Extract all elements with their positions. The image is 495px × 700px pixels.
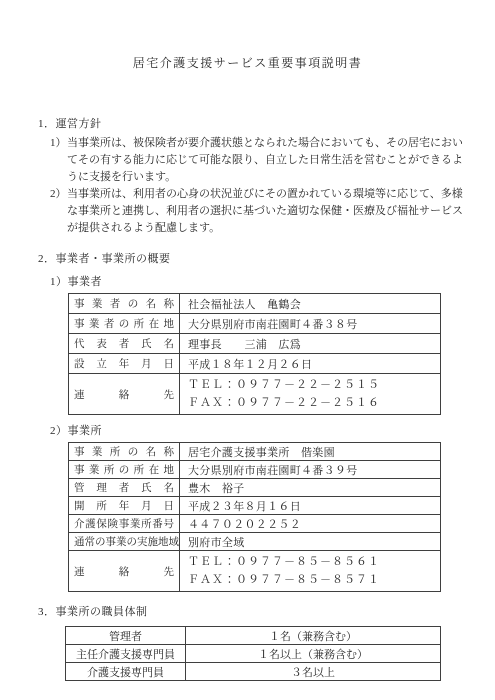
staffing-table: 管理者 １名（兼務含む） 主任介護支援専門員 １名以上（兼務含む） 介護支援専門… [65, 626, 441, 681]
row-label: 管理者氏名 [69, 479, 180, 497]
item-number: 2） [50, 186, 67, 237]
table-row: 事業者の所在地 大分県別府市南荘園町４番３８号 [69, 314, 441, 334]
row-label: 通常の事業の実施地域 [69, 533, 180, 551]
contact-tel: ＴＥＬ：０９７７－８５－８５６１ [188, 553, 432, 571]
office-table: 事業所の名称 居宅介護支援事業所 偕楽園 事業所の所在地 大分県別府市南荘園町４… [68, 442, 441, 592]
table-row-contact: 連絡先 ＴＥＬ：０９７７－２２－２５１５ ＦＡＸ：０９７７－２２－２５１６ [69, 374, 441, 415]
row-value: 大分県別府市南荘園町４番３８号 [180, 314, 441, 334]
row-value: 大分県別府市南荘園町４番３９号 [180, 461, 441, 479]
document-title: 居宅介護支援サービス重要事項説明書 [0, 54, 495, 71]
section-heading-policy: 1．運営方針 [38, 115, 495, 131]
row-value: １名（兼務含む） [186, 627, 441, 645]
table-row: 事業所の名称 居宅介護支援事業所 偕楽園 [69, 443, 441, 461]
item-text: 当事業所は、被保険者が要介護状態となられた場合においても、その居宅においてその有… [67, 135, 464, 186]
row-value: 居宅介護支援事業所 偕楽園 [180, 443, 441, 461]
row-label: 事業者の名称 [69, 294, 180, 314]
table-row: 設立年月日 平成１８年１２月２６日 [69, 354, 441, 374]
contact-fax: ＦＡＸ：０９７７－８５－８５７１ [188, 571, 432, 589]
row-label: 介護保険事業所番号 [69, 515, 180, 533]
row-label: 介護支援専門員 [66, 663, 186, 681]
row-value: ＴＥＬ：０９７７－８５－８５６１ ＦＡＸ：０９７７－８５－８５７１ [180, 551, 441, 592]
table-row: 事業所の所在地 大分県別府市南荘園町４番３９号 [69, 461, 441, 479]
row-label: 連絡先 [69, 551, 180, 592]
policy-items: 1） 当事業所は、被保険者が要介護状態となられた場合においても、その居宅において… [50, 135, 464, 237]
row-label: 代表者氏名 [69, 334, 180, 354]
contact-fax: ＦＡＸ：０９７７－２２－２５１６ [188, 394, 432, 412]
table-row: 通常の事業の実施地域 別府市全域 [69, 533, 441, 551]
table-row: 開所年月日 平成２３年８月１６日 [69, 497, 441, 515]
row-value: 豊木 裕子 [180, 479, 441, 497]
section-heading-overview: 2．事業者・事業所の概要 [38, 250, 495, 266]
item-number: 1） [50, 135, 67, 186]
table-row: 管理者 １名（兼務含む） [66, 627, 441, 645]
row-value: 平成１８年１２月２６日 [180, 354, 441, 374]
row-value: ＴＥＬ：０９７７－２２－２５１５ ＦＡＸ：０９７７－２２－２５１６ [180, 374, 441, 415]
row-label: 事業者の所在地 [69, 314, 180, 334]
item-text: 当事業所は、利用者の心身の状況並びにその置かれている環境等に応じて、多様な事業所… [67, 186, 464, 237]
table-row: 管理者氏名 豊木 裕子 [69, 479, 441, 497]
row-label: 事業所の所在地 [69, 461, 180, 479]
row-value: ３名以上 [186, 663, 441, 681]
policy-item: 1） 当事業所は、被保険者が要介護状態となられた場合においても、その居宅において… [50, 135, 464, 186]
table-row: 代表者氏名 理事長 三浦 広爲 [69, 334, 441, 354]
row-label: 連絡先 [69, 374, 180, 415]
section-heading-staffing: 3．事業所の職員体制 [38, 603, 495, 619]
table-row: 事業者の名称 社会福祉法人 亀鶴会 [69, 294, 441, 314]
row-value: ４４７０２０２２５２ [180, 515, 441, 533]
row-value: １名以上（兼務含む） [186, 645, 441, 663]
provider-section-label: 1）事業者 [50, 273, 495, 289]
row-label: 事業所の名称 [69, 443, 180, 461]
row-value: 別府市全域 [180, 533, 441, 551]
table-row: 介護保険事業所番号 ４４７０２０２２５２ [69, 515, 441, 533]
office-section-label: 2）事業所 [50, 422, 495, 438]
document-page: 居宅介護支援サービス重要事項説明書 1．運営方針 1） 当事業所は、被保険者が要… [0, 0, 495, 700]
provider-table: 事業者の名称 社会福祉法人 亀鶴会 事業者の所在地 大分県別府市南荘園町４番３８… [68, 293, 441, 415]
table-row-contact: 連絡先 ＴＥＬ：０９７７－８５－８５６１ ＦＡＸ：０９７７－８５－８５７１ [69, 551, 441, 592]
row-label: 開所年月日 [69, 497, 180, 515]
table-row: 主任介護支援専門員 １名以上（兼務含む） [66, 645, 441, 663]
table-row: 介護支援専門員 ３名以上 [66, 663, 441, 681]
contact-tel: ＴＥＬ：０９７７－２２－２５１５ [188, 376, 432, 394]
row-value: 社会福祉法人 亀鶴会 [180, 294, 441, 314]
row-label: 設立年月日 [69, 354, 180, 374]
policy-item: 2） 当事業所は、利用者の心身の状況並びにその置かれている環境等に応じて、多様な… [50, 186, 464, 237]
row-value: 理事長 三浦 広爲 [180, 334, 441, 354]
row-value: 平成２３年８月１６日 [180, 497, 441, 515]
row-label: 主任介護支援専門員 [66, 645, 186, 663]
row-label: 管理者 [66, 627, 186, 645]
